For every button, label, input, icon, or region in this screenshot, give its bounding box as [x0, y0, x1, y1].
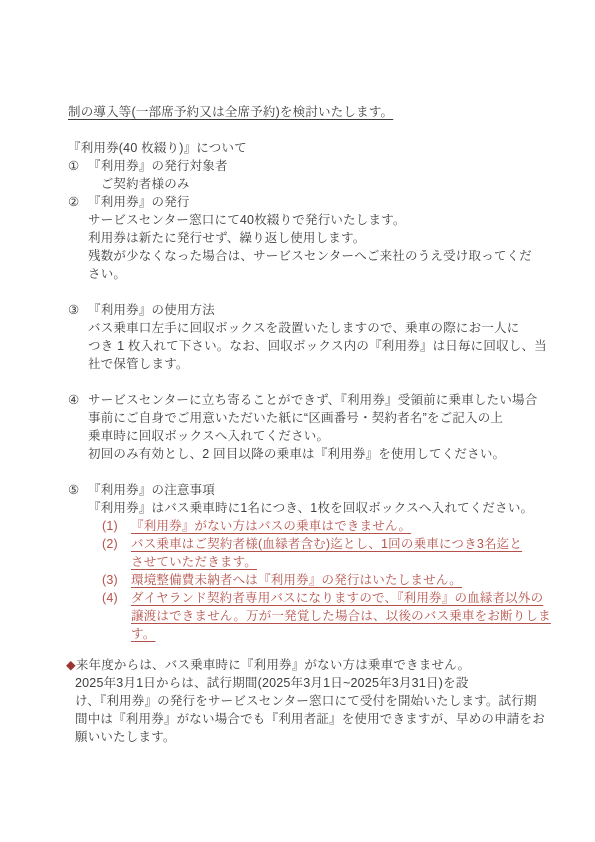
footer-lead-row: ◆ 来年度からは、バス乗車時に『利用券』がない方は乗車できません。: [66, 656, 535, 674]
footer-note: ◆ 来年度からは、バス乗車時に『利用券』がない方は乗車できません。 2025年3…: [66, 656, 535, 746]
list-item-1: ① 『利用券』の発行対象者 ご契約者様のみ: [68, 157, 535, 193]
warning-number-1: (1): [102, 517, 131, 535]
item-number-3: ③: [68, 301, 88, 319]
intro-line: 制の導入等(一部席予約又は全席予約)を検討いたします。: [68, 103, 535, 121]
item-text-1: 『利用券』の発行対象者 ご契約者様のみ: [88, 157, 535, 193]
warning-item-4: (4) ダイヤランド契約者専用バスになりますので、『利用券』の血縁者以外の 譲渡…: [102, 589, 535, 643]
warning-number-2: (2): [102, 535, 131, 553]
warning-text-4: ダイヤランド契約者専用バスになりますので、『利用券』の血縁者以外の 譲渡はできま…: [131, 589, 551, 643]
warning-text-1: 『利用券』がない方はバスの乗車はできません。: [131, 517, 411, 535]
list-item-5: ⑤ 『利用券』の注意事項 『利用券』はバス乗車時に1名につき、1枚を回収ボックス…: [68, 481, 535, 643]
item-number-4: ④: [68, 391, 88, 409]
warning-text-3: 環境整備費未納者へは『利用券』の発行はいたしません。: [131, 571, 462, 589]
diamond-icon: ◆: [66, 656, 76, 674]
warning-text-2: バス乗車はご契約者様(血縁者含む)迄とし、1回の乗車につき3名迄と させていただ…: [131, 535, 522, 571]
warning-item-1: (1) 『利用券』がない方はバスの乗車はできません。: [102, 517, 535, 535]
section-heading: 『利用券(40 枚綴り)』について: [68, 139, 535, 157]
warning-item-3: (3) 環境整備費未納者へは『利用券』の発行はいたしません。: [102, 571, 535, 589]
item-text-5: 『利用券』の注意事項 『利用券』はバス乗車時に1名につき、1枚を回収ボックスへ入…: [88, 481, 535, 517]
warning-number-4: (4): [102, 589, 131, 607]
item-content-5: 『利用券』の注意事項 『利用券』はバス乗車時に1名につき、1枚を回収ボックスへ入…: [88, 481, 535, 643]
list-item-2: ② 『利用券』の発行 サービスセンター窓口にて40枚綴りで発行いたします。 利用…: [68, 193, 535, 283]
warning-item-2: (2) バス乗車はご契約者様(血縁者含む)迄とし、1回の乗車につき3名迄と させ…: [102, 535, 535, 571]
item-number-5: ⑤: [68, 481, 88, 499]
item-number-1: ①: [68, 157, 88, 175]
list-item-3: ③ 『利用券』の使用方法 バス乗車口左手に回収ボックスを設置いたしますので、乗車…: [68, 301, 535, 373]
item-text-4: サービスセンターに立ち寄ることができず、『利用券』受領前に乗車したい場合 事前に…: [88, 391, 535, 463]
list-item-4: ④ サービスセンターに立ち寄ることができず、『利用券』受領前に乗車したい場合 事…: [68, 391, 535, 463]
warning-number-3: (3): [102, 571, 131, 589]
item-number-2: ②: [68, 193, 88, 211]
item-text-2: 『利用券』の発行 サービスセンター窓口にて40枚綴りで発行いたします。 利用券は…: [88, 193, 535, 283]
item-text-3: 『利用券』の使用方法 バス乗車口左手に回収ボックスを設置いたしますので、乗車の際…: [88, 301, 535, 373]
warning-list: (1) 『利用券』がない方はバスの乗車はできません。 (2) バス乗車はご契約者…: [88, 517, 535, 643]
footer-body: 2025年3月1日からは、試行期間(2025年3月1日~2025年3月31日)を…: [75, 674, 535, 746]
footer-lead: 来年度からは、バス乗車時に『利用券』がない方は乗車できません。: [76, 656, 470, 674]
document-page: 制の導入等(一部席予約又は全席予約)を検討いたします。 『利用券(40 枚綴り)…: [0, 0, 595, 842]
